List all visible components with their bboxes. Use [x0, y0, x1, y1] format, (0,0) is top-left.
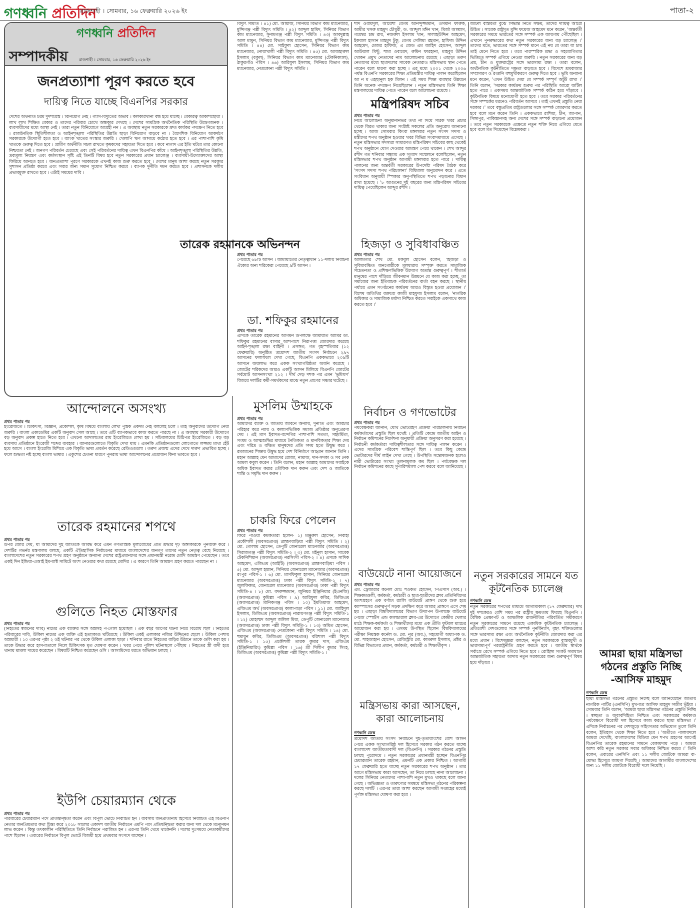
article-body: ত্রয়োদশ জাতীয় সংসদ নির্বাচনে দুই-তৃতীয…	[354, 737, 466, 907]
article-body: নিয়ে আলোচনা অনুমাননির্ভর তথ্য না দিয়ে …	[354, 119, 466, 237]
article-kicker: গণধ্বনি ডেস্ক	[586, 690, 607, 697]
article-headline: নতুন সরকারের সামনে যত কূটনৈতিক চ্যালেঞ্জ	[470, 570, 582, 596]
editorial-logo-part2: প্রতিদিন	[117, 26, 155, 40]
article-continuation: বিদ্যুৎ সমিতি । ৪১) মো. আয়াজ, সিনিয়র ব…	[237, 22, 349, 232]
dateline: রাজশাহী । সোমবার, ১৬ ফেব্রুয়ারি ২০২৬ ইং	[80, 6, 187, 17]
article-body: আমাদের ব্যক্তি ও জাতীয় জীবনে অন্যায়, দ…	[237, 422, 349, 512]
article-headline: গুলিতে নিহত মোস্তফার	[4, 603, 229, 624]
article-body: (নিহতের স্বজনের দাবি) নামের এক ব্যক্তির …	[4, 627, 229, 782]
article-body: পেয়েছে ৬৮টি আসন । জামায়াতের নেতৃত্বাধী…	[237, 258, 349, 276]
editorial-header: গণধ্বনি প্রতিদিন সম্পাদকীয় রাজশাহী । সো…	[5, 23, 227, 66]
page-number: পাতা-২	[670, 5, 694, 18]
article-headline: মন্ত্রিসভায় কারা আসছেন, কারা আলোচনায়	[354, 700, 466, 726]
article-body: উপর জোর দেয়, যা আমাদের দুই জাতিকে আবদ্ধ…	[4, 543, 229, 600]
editorial-logo-part1: গণধ্বনি	[76, 26, 113, 40]
editorial-section-title: সম্পাদকীয়	[9, 49, 68, 65]
article-kicker: গণধ্বনি ডেস্ক	[470, 598, 491, 605]
editorial-subheadline: দায়িত্ব নিতে যাচ্ছে বিএনপির সরকার	[5, 95, 227, 112]
column-divider	[351, 22, 352, 908]
article-body: এদিকে তারেক রহমানের আগমন উপলক্ষে জামায়া…	[237, 334, 349, 396]
article-headline: তারেক রহমানের শপথে	[4, 518, 229, 539]
editorial-date: রাজশাহী । সোমবার, ১৬ ফেব্রুয়ারি ২০২৬ ইং	[79, 57, 150, 62]
editorial-body: দেশের অর্থনীতি চরম দুর্দশাগ্রস্ত । বিনিয…	[5, 115, 227, 397]
article-body: আলমগীর শেখ মো. মকবুল হোসেন বলেন, 'হিজড়া…	[354, 258, 466, 398]
article-headline: আমরা ছায়া মন্ত্রিসভা গঠনের প্রস্তুতি নি…	[586, 648, 696, 687]
article-body: পরিবারের চেয়ারম্যান পদে প্রতিদ্বন্দ্বিত…	[4, 817, 229, 907]
article-continuation	[586, 22, 696, 642]
article-body: ফিরে পাওয়া কর্মকর্তারা হলেন- ১) মঞ্জুরু…	[237, 534, 349, 908]
editorial-box: গণধ্বনি প্রতিদিন সম্পাদকীয় রাজশাহী । সো…	[4, 22, 228, 397]
article-body: এম. ট্রেজারার কর্নেল মোঃ শওকত হোসেন, পিএ…	[354, 588, 466, 696]
editorial-headline: জনপ্রত্যাশা পূরণ করতে হবে	[5, 70, 227, 94]
article-body: পর্যবেক্ষকরা জানান, যৌথ ভোটগ্রহণ প্রক্রি…	[354, 426, 466, 566]
masthead: গণধ্বনি প্রতিদিন রাজশাহী । সোমবার, ১৬ ফে…	[0, 0, 700, 21]
column-divider	[468, 22, 469, 908]
column-divider	[232, 396, 233, 908]
article-continuation: শাদ ওবায়দুল, আয়েশা বেগম আনন্দুজ্জামান,…	[354, 22, 466, 92]
logo-text-part1: গণধ্বনি	[4, 6, 47, 22]
article-kicker: গণধ্বনি ডেস্ক	[354, 730, 375, 737]
editorial-logo: গণধ্বনি প্রতিদিন	[9, 25, 223, 45]
article-headline: মুসলিম উম্মাহকে	[237, 398, 349, 418]
article-headline: ইউপি চেয়ারম্যান থেকে	[4, 792, 229, 813]
article-body: ছায়া মন্ত্রিসভা গঠনের প্রস্তুতি নিচ্ছে …	[586, 697, 696, 907]
column-divider	[584, 22, 585, 908]
article-continuation: জটিল বাস্তবতা বুঝে সিদ্ধান্ত নিতে সক্ষম,…	[470, 22, 582, 562]
article-body: নতুন সরকারের শপথের মাধ্যমে আগামীকাল (১৭ …	[470, 605, 582, 907]
article-headline: আন্দোলনে অসংখ্য	[4, 400, 229, 421]
